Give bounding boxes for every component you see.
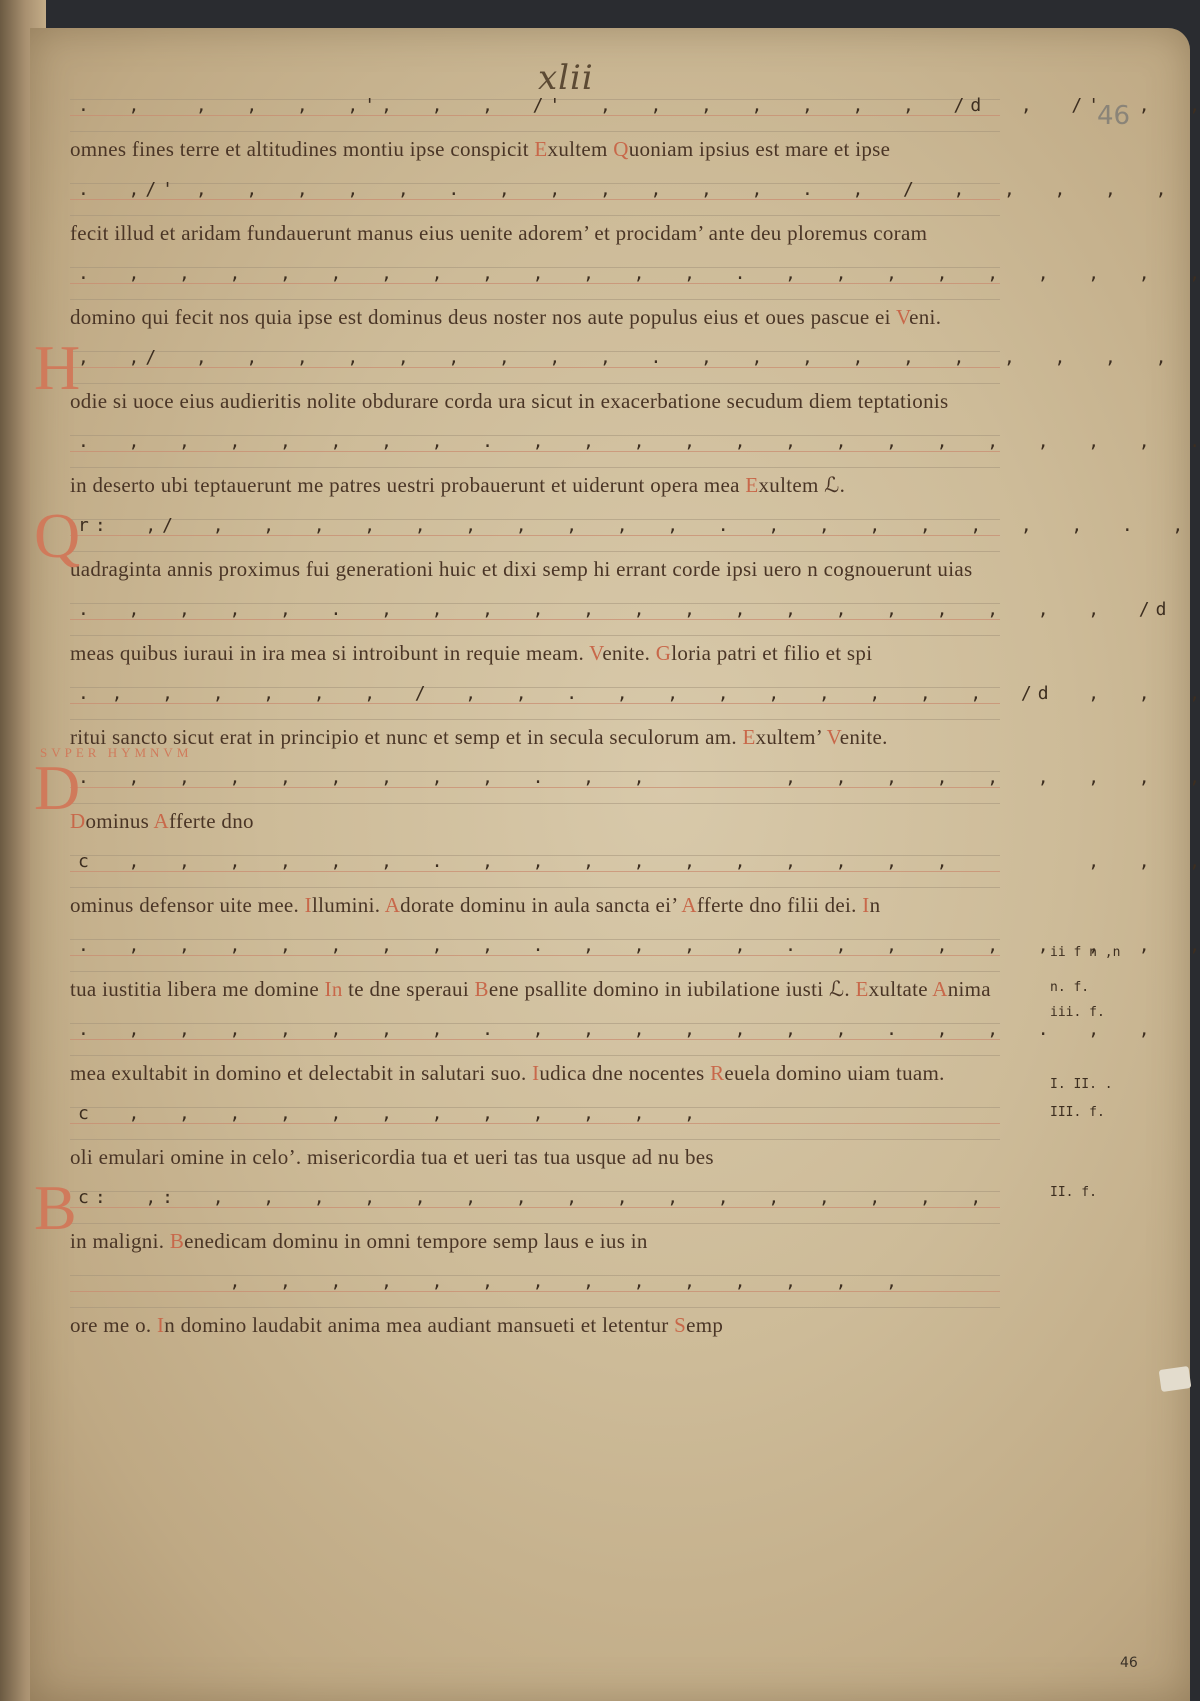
- lyric-text: xultem’: [756, 725, 827, 749]
- lyric-line: domino qui fecit nos quia ipse est domin…: [70, 305, 941, 330]
- lyric-line: ore me o. In domino laudabit anima mea a…: [70, 1313, 723, 1338]
- rubric-initial: S: [674, 1313, 686, 1337]
- neume-notation: . , , , , , , , , . , , , , , , , , , , …: [78, 767, 1200, 788]
- lyric-text: fferte dno filii dei.: [697, 893, 862, 917]
- rubric-initial: V: [589, 641, 602, 665]
- neume-notation: . ,/' , , , , , . , , , , , , . , / , , …: [78, 179, 1200, 200]
- rubric-initial: G: [656, 641, 671, 665]
- rubric-initial: V: [827, 725, 840, 749]
- lyric-line: in maligni. Benedicam dominu in omni tem…: [70, 1229, 648, 1254]
- lyric-line: fecit illud et aridam fundauerunt manus …: [70, 221, 927, 246]
- lyric-text: uoniam ipsius est mare et ipse: [629, 137, 891, 161]
- lyric-line: odie si uoce eius audieritis nolite obdu…: [70, 389, 948, 414]
- margin-note: III. f.: [1050, 1105, 1105, 1120]
- rubric-initial: E: [745, 473, 758, 497]
- lyric-text: llumini.: [312, 893, 385, 917]
- lyric-text: eni.: [909, 305, 941, 329]
- lyric-text: ore me o.: [70, 1313, 157, 1337]
- lyric-line: Dominus Afferte dno: [70, 809, 254, 834]
- staff-line: [70, 803, 1000, 804]
- neume-notation: c , , , , , , , , , , , ,: [78, 1103, 701, 1124]
- lyric-text: nima: [948, 977, 991, 1001]
- staff-line: [70, 1055, 1000, 1056]
- margin-note: I. II. .: [1050, 1077, 1113, 1092]
- staff-line: [70, 635, 1000, 636]
- lyric-text: te dne speraui: [343, 977, 475, 1001]
- staff-line: [70, 971, 1000, 972]
- neume-notation: . , , , , , , / , , . , , , , , , , , /d…: [78, 683, 1200, 704]
- lyric-text: uadraginta annis proximus fui generation…: [70, 557, 972, 581]
- rubric-initial: R: [710, 1061, 724, 1085]
- lyric-text: loria patri et filio et spi: [671, 641, 872, 665]
- lyric-text: enedicam dominu in omni tempore semp lau…: [184, 1229, 648, 1253]
- page-tab-marker: [1159, 1366, 1192, 1392]
- lyric-text: ominus defensor uite mee.: [70, 893, 305, 917]
- rubric-initial: A: [385, 893, 400, 917]
- lyric-text: ene psallite domino in iubilatione iusti…: [489, 977, 856, 1001]
- margin-note: ii f n ,n: [1050, 945, 1120, 960]
- staff-line: [70, 1139, 1000, 1140]
- lyric-text: xultate: [869, 977, 933, 1001]
- neume-notation: c: ,: , , , , , , , , , , , , , , , ,: [78, 1187, 987, 1208]
- decorated-initial: D: [34, 751, 80, 825]
- lyric-text: udica dne nocentes: [539, 1061, 710, 1085]
- neume-notation: . , , , , . , , , , , , , , , , , , , , …: [78, 599, 1200, 620]
- lyric-text: ominus: [85, 809, 153, 833]
- lyric-text: euela domino uiam tuam.: [724, 1061, 944, 1085]
- decorated-initial: H: [34, 331, 80, 405]
- staff-line: [70, 719, 1000, 720]
- folio-heading: xlii: [538, 58, 594, 98]
- rubric-initial: I: [862, 893, 869, 917]
- rubric-initial: E: [534, 137, 547, 161]
- lyric-text: fferte dno: [169, 809, 254, 833]
- lyric-text: tua iustitia libera me domine: [70, 977, 325, 1001]
- lyric-line: omnes fines terre et altitudines montiu …: [70, 137, 890, 162]
- lyric-text: odie si uoce eius audieritis nolite obdu…: [70, 389, 948, 413]
- staff-line: [70, 131, 1000, 132]
- lyric-line: uadraginta annis proximus fui generation…: [70, 557, 972, 582]
- lyric-line: oli emulari omine in celo’. misericordia…: [70, 1145, 714, 1170]
- rubric-initial: Q: [608, 137, 629, 161]
- rubric-initial: In: [325, 977, 343, 1001]
- lyric-text: xultem ℒ.: [758, 473, 845, 497]
- neume-notation: . , , , , , , , . , , , , , , , , , , , …: [78, 431, 1200, 452]
- rubric-initial: E: [855, 977, 868, 1001]
- lyric-text: domino qui fecit nos quia ipse est domin…: [70, 305, 896, 329]
- decorated-initial: Q: [34, 499, 80, 573]
- lyric-text: emp: [686, 1313, 723, 1337]
- lyric-line: ritui sancto sicut erat in principio et …: [70, 725, 888, 750]
- lyric-text: fecit illud et aridam fundauerunt manus …: [70, 221, 927, 245]
- staff-line: [70, 887, 1000, 888]
- margin-note: II. f.: [1050, 1185, 1097, 1200]
- lyric-line: mea exultabit in domino et delectabit in…: [70, 1061, 945, 1086]
- lyric-text: in maligni.: [70, 1229, 170, 1253]
- rubric-initial: A: [154, 809, 169, 833]
- margin-note: iii. f.: [1050, 1005, 1105, 1020]
- lyric-line: tua iustitia libera me domine In te dne …: [70, 977, 991, 1002]
- lyric-text: oli emulari omine in celo’. misericordia…: [70, 1145, 714, 1169]
- lyric-line: ominus defensor uite mee. Illumini. Ador…: [70, 893, 880, 918]
- lyric-text: in deserto ubi teptauerunt me patres ues…: [70, 473, 745, 497]
- lyric-text: mea exultabit in domino et delectabit in…: [70, 1061, 532, 1085]
- neume-notation: c , , , , , , . , , , , , , , , , , , , …: [78, 851, 1200, 872]
- lyric-text: xultem: [548, 137, 608, 161]
- staff-line: [70, 1307, 1000, 1308]
- neume-notation: r: ,/ , , , , , , , , , , . , , , , , , …: [78, 515, 1200, 536]
- neume-notation: . , , , , , , , , , , , , . , , , , , , …: [78, 263, 1200, 284]
- staff-line: [70, 467, 1000, 468]
- neume-notation: , , , , , , , , , , , , , ,: [78, 1271, 903, 1292]
- neume-notation: . , , , , , , , , . , , , , . , , , , , …: [78, 935, 1200, 956]
- margin-note: n. f.: [1050, 980, 1089, 995]
- staff-line: [70, 1223, 1000, 1224]
- rubric-initial: B: [170, 1229, 184, 1253]
- rubric-initial: V: [896, 305, 909, 329]
- rubric-initial: A: [932, 977, 947, 1001]
- lyric-text: n: [870, 893, 881, 917]
- rubric-initial: I: [305, 893, 312, 917]
- staff-line: [70, 383, 1000, 384]
- neume-notation: . , , , , ,', , , /' , , , , , , , /d , …: [78, 95, 1200, 116]
- rubric-initial: B: [475, 977, 489, 1001]
- rubric-label: SVPER HYMNVM: [40, 745, 192, 761]
- decorated-initial: B: [34, 1171, 77, 1245]
- staff-line: [70, 215, 1000, 216]
- lyric-text: n domino laudabit anima mea audiant mans…: [164, 1313, 674, 1337]
- lyric-line: in deserto ubi teptauerunt me patres ues…: [70, 473, 845, 498]
- rubric-initial: A: [681, 893, 696, 917]
- lyric-line: meas quibus iuraui in ira mea si introib…: [70, 641, 872, 666]
- lyric-text: enite.: [840, 725, 888, 749]
- lyric-text: enite.: [602, 641, 655, 665]
- lyric-text: omnes fines terre et altitudines montiu …: [70, 137, 534, 161]
- pencil-folio-number-bottom: 46: [1120, 1655, 1138, 1671]
- lyric-text: meas quibus iuraui in ira mea si introib…: [70, 641, 589, 665]
- neume-notation: , ,/ , , , , , , , , , . , , , , , , , ,…: [78, 347, 1200, 368]
- neume-notation: . , , , , , , , . , , , , , , , . , , . …: [78, 1019, 1156, 1040]
- staff-line: [70, 551, 1000, 552]
- rubric-initial: E: [742, 725, 755, 749]
- lyric-text: dorate dominu in aula sancta ei’: [400, 893, 681, 917]
- staff-line: [70, 299, 1000, 300]
